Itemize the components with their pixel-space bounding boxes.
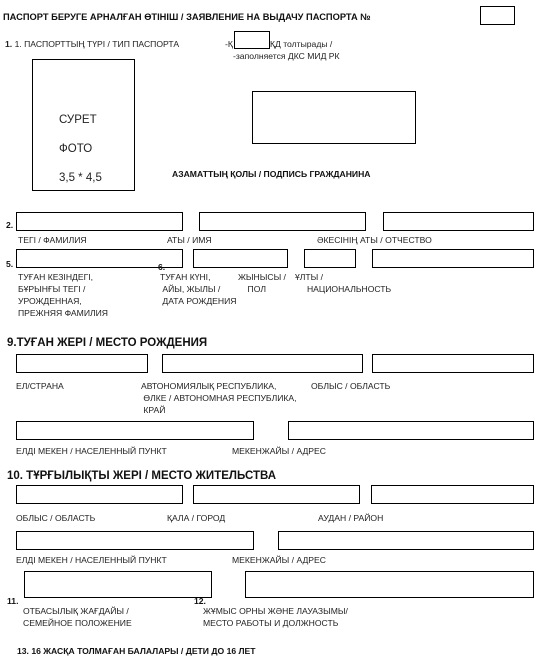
patronymic-label: ӘКЕСІНІҢ АТЫ / ОТЧЕСТВО [317,234,432,246]
photo-label-kz: СУРЕТ [59,114,97,126]
photo-label-ru: ФОТО [59,143,92,155]
birth-region-field[interactable] [372,354,534,373]
republic-label: АВТОНОМИЯЛЫҚ РЕСПУБЛИКА, ӨЛКЕ / АВТОНОМН… [141,380,297,416]
birth-country-field[interactable] [16,354,148,373]
ksd-note-prefix: -Қ [225,38,233,50]
ksd-note-line2: -заполняется ДКС МИД РК [233,50,340,62]
passport-type-label: 1. 1. ПАСПОРТТЫҢ ТҮРІ / ТИП ПАСПОРТА [5,38,179,50]
surname-field[interactable] [16,212,183,231]
residence-settlement-field[interactable] [16,531,254,550]
application-number-field[interactable] [480,6,515,25]
residence-city-label: ҚАЛА / ГОРОД [167,512,225,524]
first-name-label: АТЫ / ИМЯ [167,234,212,246]
section-10-heading: 10. ТҰРҒЫЛЫҚТЫ ЖЕРІ / МЕСТО ЖИТЕЛЬСТВА [7,470,276,482]
section-2-number: 2. [6,220,13,230]
signature-field[interactable] [252,91,416,144]
marital-status-field[interactable] [24,571,212,598]
patronymic-field[interactable] [383,212,534,231]
first-name-field[interactable] [199,212,366,231]
passport-type-text: 1. ПАСПОРТТЫҢ ТҮРІ / ТИП ПАСПОРТА [15,39,180,49]
birth-surname-label: ТУҒАН КЕЗІНДЕГІ, БҰРЫНҒЫ ТЕГІ / УРОЖДЕНН… [18,271,108,319]
workplace-field[interactable] [245,571,534,598]
birth-date-field[interactable] [193,249,288,268]
ksd-note-suffix: ҚД толтырады / [270,38,332,50]
residence-address-field[interactable] [278,531,534,550]
residence-city-field[interactable] [193,485,360,504]
photo-size: 3,5 * 4,5 [59,172,102,184]
birth-settlement-field[interactable] [16,421,254,440]
birth-address-label: МЕКЕНЖАЙЫ / АДРЕС [232,445,326,457]
residence-district-label: АУДАН / РАЙОН [318,512,383,524]
form-title: ПАСПОРТ БЕРУГЕ АРНАЛҒАН ӨТІНІШ / ЗАЯВЛЕН… [3,12,371,22]
residence-settlement-label: ЕЛДІ МЕКЕН / НАСЕЛЕННЫЙ ПУНКТ [16,554,167,566]
nationality-field[interactable] [372,249,534,268]
section-5-number: 5. [6,259,13,269]
section-13-heading: 13. 16 ЖАСҚА ТОЛМАҒАН БАЛАЛАРЫ / ДЕТИ ДО… [17,645,256,657]
residence-address-label: МЕКЕНЖАЙЫ / АДРЕС [232,554,326,566]
signature-label: АЗАМАТТЫҢ ҚОЛЫ / ПОДПИСЬ ГРАЖДАНИНА [172,168,371,180]
workplace-label: ЖҰМЫС ОРНЫ ЖӘНЕ ЛАУАЗЫМЫ/ МЕСТО РАБОТЫ И… [203,605,348,629]
residence-district-field[interactable] [371,485,534,504]
birth-settlement-label: ЕЛДІ МЕКЕН / НАСЕЛЕННЫЙ ПУНКТ [16,445,167,457]
birth-republic-field[interactable] [162,354,363,373]
passport-type-field[interactable] [234,31,270,49]
residence-region-label: ОБЛЫС / ОБЛАСТЬ [16,512,95,524]
country-label: ЕЛ/СТРАНА [16,380,64,392]
marital-status-label: ОТБАСЫЛЫҚ ЖАҒДАЙЫ / СЕМЕЙНОЕ ПОЛОЖЕНИЕ [23,605,132,629]
birth-address-field[interactable] [288,421,534,440]
nationality-label: ҰЛТЫ / НАЦИОНАЛЬНОСТЬ [295,271,391,295]
region-label: ОБЛЫС / ОБЛАСТЬ [311,380,390,392]
surname-label: ТЕГІ / ФАМИЛИЯ [18,234,87,246]
section-9-heading: 9.ТУҒАН ЖЕРІ / МЕСТО РОЖДЕНИЯ [7,337,207,349]
residence-region-field[interactable] [16,485,183,504]
sex-label: ЖЫНЫСЫ / ПОЛ [238,271,286,295]
birth-date-label: ТУҒАН КҮНІ, АЙЫ, ЖЫЛЫ / ДАТА РОЖДЕНИЯ [160,271,236,307]
section-11-number: 11. [7,596,18,606]
sex-field[interactable] [304,249,356,268]
